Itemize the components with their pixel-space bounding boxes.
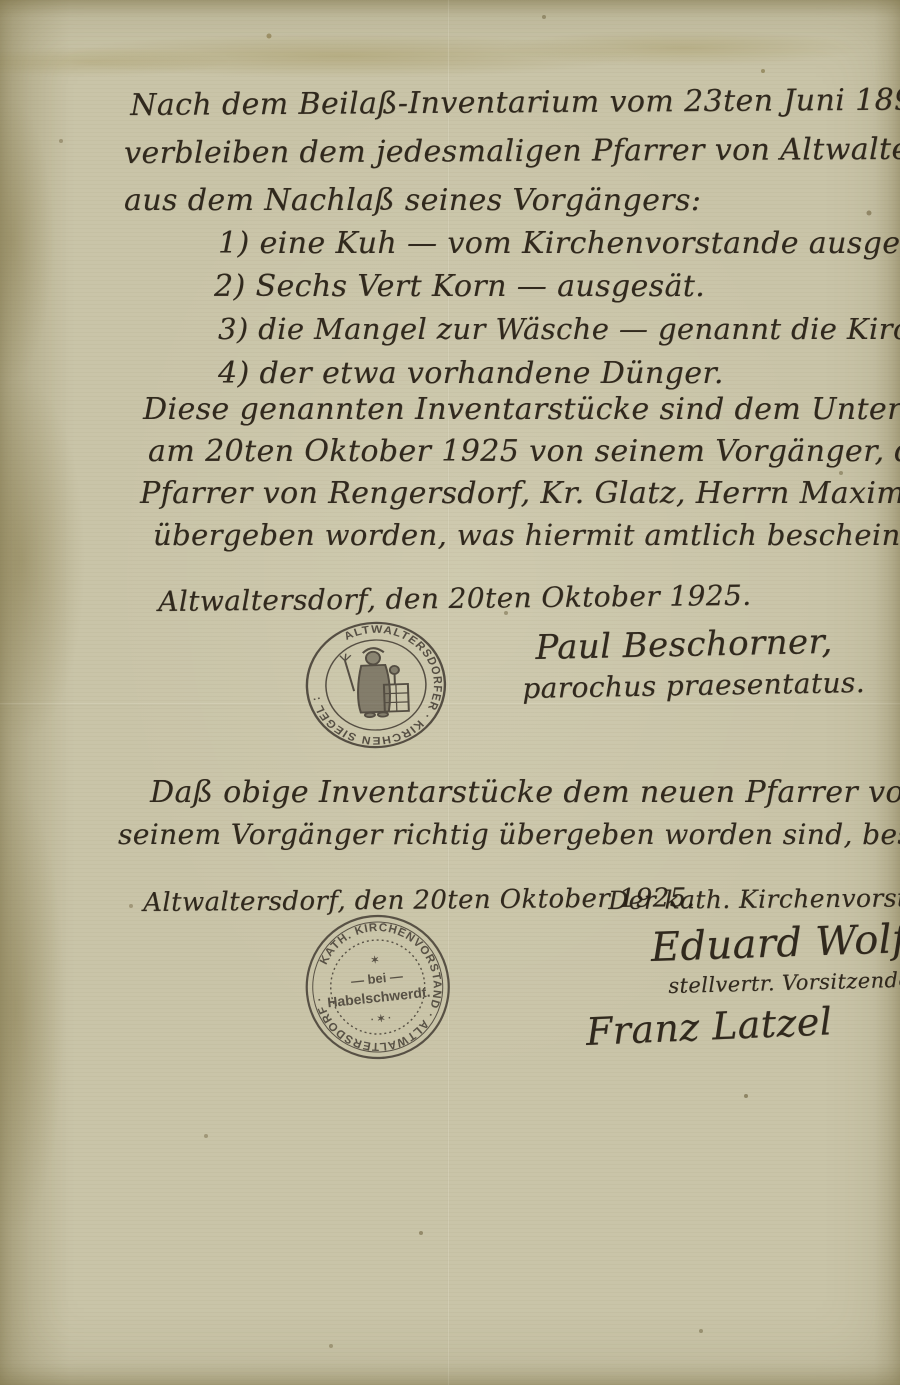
handwriting-line: seinem Vorgänger richtig übergeben worde… — [118, 818, 900, 851]
stamp-center-line1: — bei — — [350, 968, 403, 988]
signature-title: parochus praesentatus. — [522, 666, 865, 705]
paper-specks — [0, 0, 2, 2]
date-line: Altwaltersdorf, den 20ten Oktober 1925. — [158, 579, 752, 618]
signature-role: stellvertr. Vorsitzende. — [668, 967, 900, 998]
inventory-item: 2) Sechs Vert Korn — ausgesät. — [214, 269, 705, 304]
saint-with-staff-icon — [340, 647, 409, 718]
signature-franz-latzel: Franz Latzel — [585, 999, 833, 1054]
handwriting-line: Pfarrer von Rengersdorf, Kr. Glatz, Herr… — [140, 476, 900, 511]
stamp-center-mark: ✶ — [370, 955, 379, 967]
inventory-item: 3) die Mangel zur Wäsche — genannt die K… — [218, 312, 900, 346]
inventory-item: 1) eine Kuh — vom Kirchenvorstande ausge… — [218, 226, 900, 261]
signature-eduard-wolf: Eduard Wolf — [650, 916, 900, 971]
church-board-stamp: KATH. KIRCHENVORSTAND · ALTWALTERSDORF ·… — [294, 902, 462, 1076]
handwriting-line: am 20ten Oktober 1925 von seinem Vorgäng… — [148, 434, 900, 469]
kirchenvorstand-label: Der kath. Kirchenvorstand. — [608, 883, 900, 915]
inventory-item: 4) der etwa vorhandene Dünger. — [218, 356, 724, 391]
stamp-center-bottom: · ✶ · — [370, 1013, 392, 1026]
handwriting-line: Diese genannten Inventarstücke sind dem … — [143, 392, 900, 427]
handwriting-line: aus dem Nachlaß seines Vorgängers: — [124, 183, 701, 218]
handwriting-line: übergeben worden, was hiermit amtlich be… — [153, 518, 900, 552]
handwriting-line: Daß obige Inventarstücke dem neuen Pfarr… — [150, 775, 900, 810]
parish-seal-stamp: ALTWALTERSDORFER · KIRCHEN SIEGEL : — [297, 611, 454, 763]
scanned-document-page: Nach dem Beilaß-Inventarium vom 23ten Ju… — [0, 0, 900, 1385]
handwriting-line: Nach dem Beilaß-Inventarium vom 23ten Ju… — [130, 82, 900, 123]
stamp-center-line2: Habelschwerdt. — [326, 984, 431, 1011]
signature-paul-beschorner: Paul Beschorner, — [535, 622, 833, 668]
handwriting-line: verbleiben dem jedesmaligen Pfarrer von … — [124, 131, 900, 171]
